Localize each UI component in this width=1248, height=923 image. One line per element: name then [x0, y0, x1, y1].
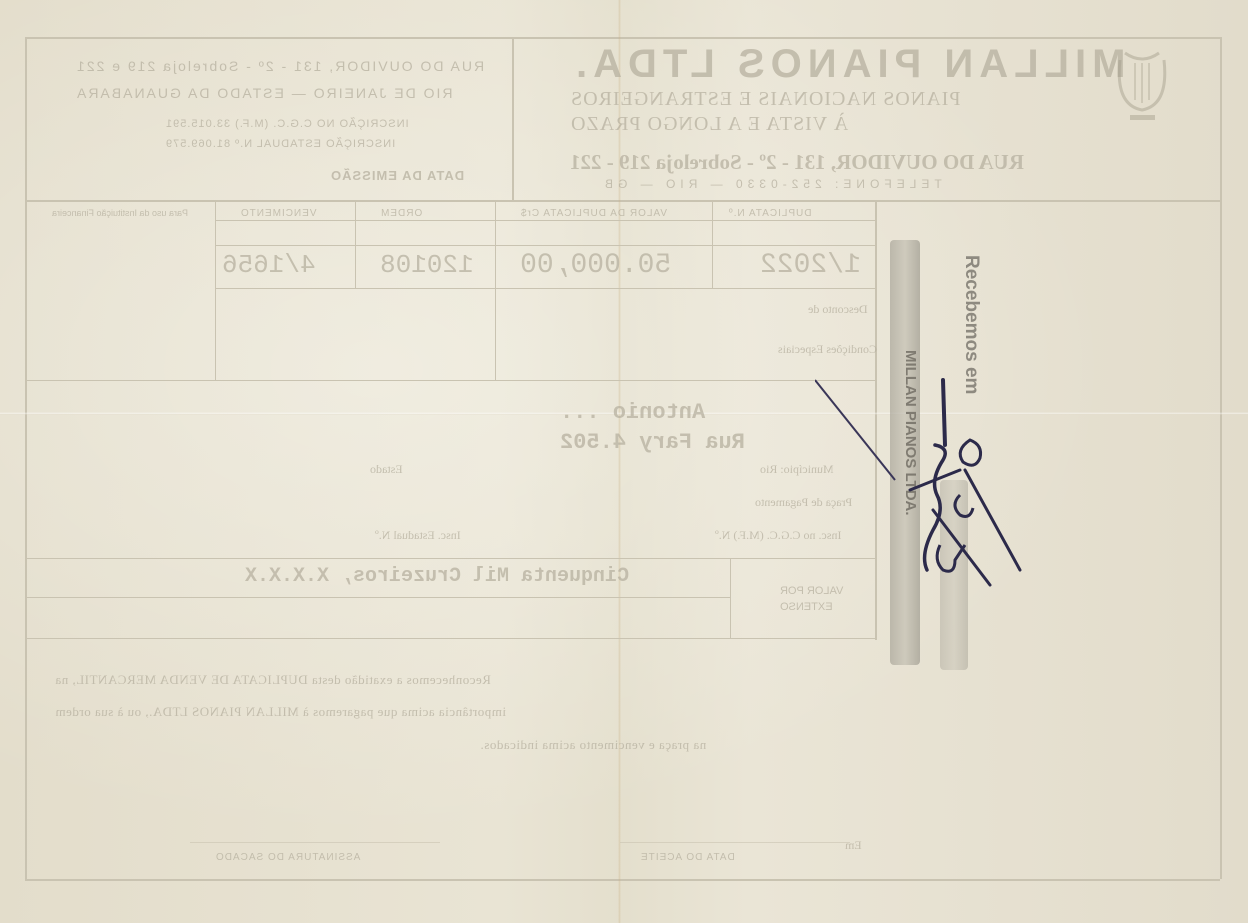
- issuer-cgc: INSCRIÇÃO NO C.G.C. (M.F.) 33.015.591: [165, 118, 409, 130]
- lyre-icon: [1105, 45, 1180, 125]
- header-tagline-1: PIANOS NACIONAIS E ESTRANGEIROS: [570, 88, 960, 111]
- declaration-line-3: na praça e vencimento acima indicados.: [480, 737, 706, 753]
- em-label: Em: [845, 838, 862, 853]
- table-col-line-2: [355, 200, 356, 288]
- drawee-state: Estado: [370, 462, 403, 477]
- frame-bottom: [25, 879, 1220, 881]
- frame-left: [25, 37, 27, 879]
- header-tagline-2: À VISTA E A LONGO PRAZO: [570, 113, 848, 136]
- amount-in-words: Cinquenta Mil Cruzeiros, X.X.X.X: [245, 565, 629, 588]
- drawee-name: Antonio ...: [560, 400, 705, 425]
- table-col-line-4: [712, 200, 713, 288]
- issue-date-label: DATA DA EMISSÃO: [330, 168, 464, 183]
- handwritten-signature-and-date: [815, 370, 1035, 590]
- issuer-address: RUA DO OUVIDOR, 131 - 2º - Sobreloja 219…: [75, 58, 484, 74]
- table-subheader-line: [215, 245, 875, 246]
- drawee-state-reg-label: Insc. Estadual N.º: [375, 528, 461, 543]
- amount-label-divider: [730, 558, 731, 638]
- frame-top: [25, 37, 1220, 39]
- header-address: RUA DO OUVIDOR, 131 - 2º - Sobreloja 219…: [570, 150, 1024, 175]
- amount-label-2: EXTENSO: [780, 601, 833, 613]
- cell-duplicata: 1/2022: [760, 250, 861, 281]
- header-bottom-line: [25, 200, 1220, 202]
- cell-vencimento: 4/1656: [222, 250, 316, 280]
- fold-crease-vertical: [618, 0, 621, 923]
- special-conditions-label: Condições Especiais: [778, 342, 877, 357]
- drawee-signature-label: ASSINATURA DO SACADO: [215, 852, 360, 863]
- table-bottom-line: [215, 288, 875, 289]
- col-header-ordem: ORDEM: [380, 208, 422, 219]
- signature-line: [190, 842, 440, 843]
- issuer-city: RIO DE JANEIRO — ESTADO DA GUANABARA: [75, 85, 452, 101]
- header-divider: [512, 37, 514, 200]
- table-header-line: [215, 220, 875, 221]
- col-header-valor: VALOR DA DUPLICATA Cr$: [520, 208, 667, 219]
- frame-right: [1220, 37, 1222, 879]
- table-col-line-3: [495, 200, 496, 380]
- drawee-address: Rua Fary 4.502: [560, 430, 745, 455]
- accept-date-line: [620, 842, 850, 843]
- amount-bottom-line: [25, 638, 875, 639]
- amount-top-line: [25, 558, 875, 559]
- cell-ordem: 120108: [380, 250, 474, 280]
- col-header-financial-use: Para uso da Instituição Financeira: [45, 208, 195, 218]
- table-col-line-1: [215, 200, 216, 380]
- company-name: MILLAN PIANOS LTDA.: [570, 42, 1125, 87]
- accept-date-label: DATA DO ACEITE: [640, 852, 735, 863]
- cell-valor: 50.000,00: [520, 250, 671, 281]
- declaration-line-2: importância acima que pagaremos à MILLAN…: [55, 704, 506, 720]
- table-section-line: [25, 380, 875, 381]
- issuer-state-reg: INSCRIÇÃO ESTADUAL N.º 81.069.579: [165, 138, 395, 150]
- amount-mid-line: [25, 597, 730, 598]
- declaration-line-1: Reconhecemos a exatidão desta DUPLICATA …: [55, 672, 491, 688]
- header-phone: TELEFONE: 252-0330 — RIO — GB: [600, 177, 942, 191]
- discount-label: Desconto de: [808, 302, 868, 317]
- col-header-vencimento: VENCIMENTO: [240, 208, 317, 219]
- col-header-duplicata: DUPLICATA N.º: [728, 208, 812, 219]
